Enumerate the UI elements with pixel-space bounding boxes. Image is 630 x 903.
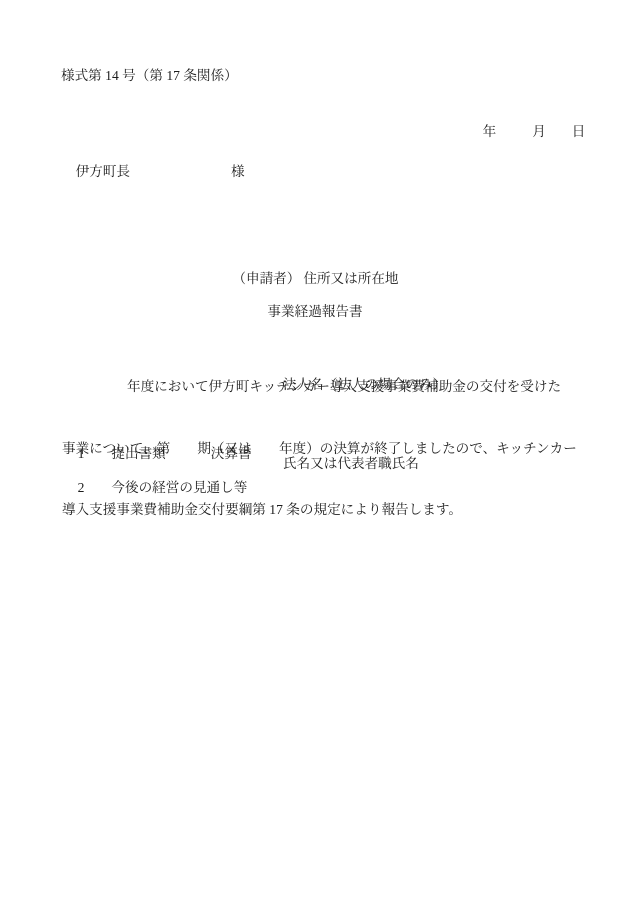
addressee-title: 伊方町長 bbox=[76, 164, 130, 179]
addressee-honorific: 様 bbox=[231, 164, 245, 179]
day-label: 日 bbox=[572, 124, 586, 139]
document-page: 様式第 14 号（第 17 条関係） 年月日 伊方町長様 （申請者）住所又は所在… bbox=[0, 0, 630, 903]
form-number: 様式第 14 号（第 17 条関係） bbox=[61, 64, 238, 84]
body-line-1: 年度において伊方町キッチンカー導入支援事業費補助金の交付を受けた bbox=[62, 377, 602, 398]
year-label: 年 bbox=[483, 124, 497, 139]
item-label: 提出書類 bbox=[111, 446, 165, 461]
item-label: 今後の経営の見通し等 bbox=[111, 480, 247, 495]
applicant-address-label: 住所又は所在地 bbox=[303, 271, 398, 286]
list-item-future-outlook: 2今後の経営の見通し等 bbox=[64, 460, 247, 512]
date-line: 年月日 bbox=[469, 104, 585, 156]
item-value: 決算書 bbox=[211, 446, 252, 461]
month-label: 月 bbox=[532, 124, 546, 139]
item-number: 2 bbox=[78, 480, 85, 495]
item-number: 1 bbox=[78, 446, 85, 461]
applicant-label: （申請者） bbox=[232, 271, 300, 286]
document-title: 事業経過報告書 bbox=[0, 300, 630, 320]
